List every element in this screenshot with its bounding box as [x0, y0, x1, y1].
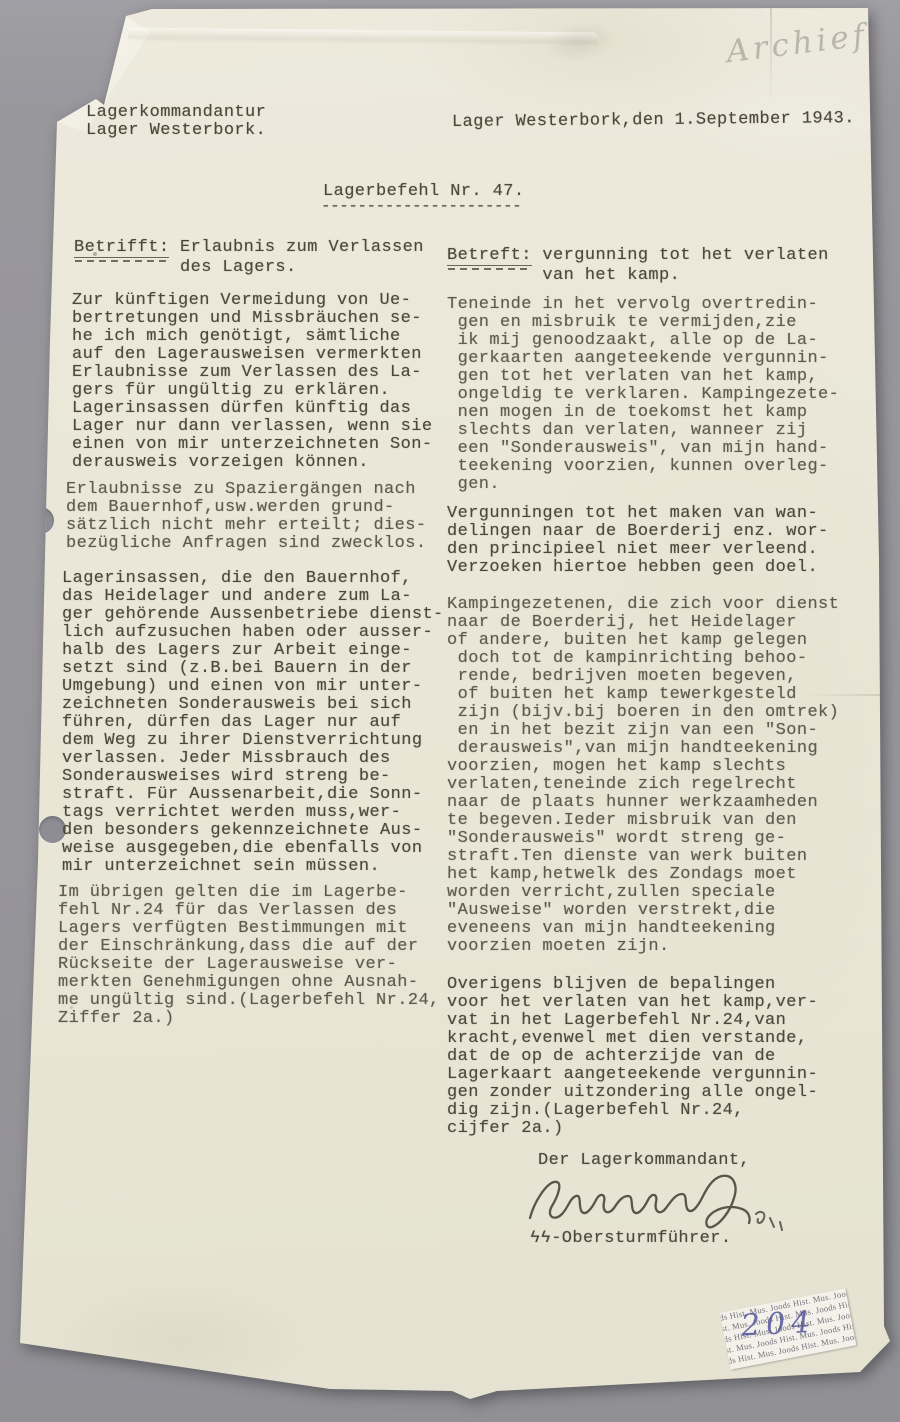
subject-text-dutch: vergunning tot het verlaten: [532, 246, 829, 265]
signature-handwriting: [522, 1172, 794, 1234]
subject-label-german: Betrifft:: [74, 238, 169, 258]
german-paragraph-1: Zur künftigen Vermeidung von Ue- bertret…: [72, 292, 432, 472]
dutch-paragraph-1: Teneinde in het vervolg overtredin- gen …: [447, 296, 839, 494]
sender-line2: Lager Westerbork.: [86, 121, 266, 140]
dutch-paragraph-4: Overigens blijven de bepalingen voor het…: [447, 976, 818, 1138]
punch-hole: [27, 507, 54, 534]
dateline: Lager Westerbork,den 1.September 1943.: [452, 110, 855, 132]
archive-pencil-note: Archief: [724, 14, 897, 70]
closing-rank: ϟϟ-Obersturmführer.: [530, 1230, 731, 1248]
sender-line1: Lagerkommandantur: [86, 103, 266, 122]
sticker-inventory-number: 204: [740, 1304, 832, 1344]
subject-text-german: Erlaubnis zum Verlassen: [169, 238, 423, 257]
sender-block: LagerkommandanturLager Westerbork.: [86, 104, 266, 140]
dutch-paragraph-2: Vergunningen tot het maken van wan- deli…: [447, 505, 829, 577]
title-underline: ----------------------: [321, 197, 521, 215]
subject-dutch: Betreft: vergunning tot het verlaten van…: [447, 246, 829, 286]
top-crease: [128, 28, 598, 47]
german-paragraph-3: Lagerinsassen, die den Bauernhof, das He…: [62, 570, 444, 876]
german-paragraph-4: Im übrigen gelten die im Lagerbe- fehl N…: [58, 884, 440, 1028]
closing-role: Der Lagerkommandant,: [538, 1152, 750, 1170]
german-paragraph-2: Erlaubnisse zu Spaziergängen nach dem Ba…: [66, 481, 426, 553]
document-paper: LagerkommandanturLager Westerbork. Lager…: [0, 0, 900, 1422]
dutch-paragraph-3: Kampingezetenen, die zich voor dienst na…: [447, 596, 839, 956]
museum-inventory-sticker: Joods Hist. Mus. Joods Hist. Mus. Joods …: [720, 1288, 857, 1369]
pencil-smudge: [542, 16, 618, 68]
scanned-document: LagerkommandanturLager Westerbork. Lager…: [0, 0, 900, 1422]
subject-german: Betrifft: Erlaubnis zum Verlassen des La…: [74, 238, 424, 278]
subject-label-dutch: Betreft:: [447, 246, 532, 266]
